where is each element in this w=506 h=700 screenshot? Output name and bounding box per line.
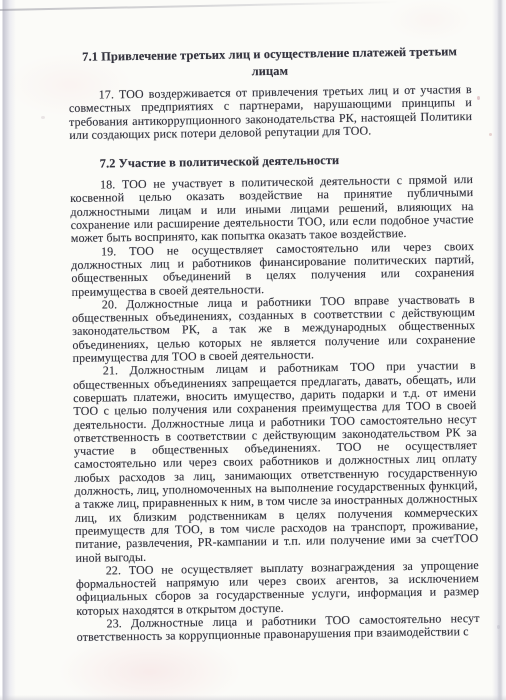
section-heading-7-2: 7.2 Участие в политической деятельности [70, 151, 473, 171]
section-heading-7-1: 7.1 Привлечение третьих лиц и осуществле… [68, 43, 471, 82]
paragraph-20: 20. Должностные лица и работники ТОО впр… [72, 293, 476, 365]
paragraph-21: 21. Должностным лицам и работникам ТОО п… [73, 359, 479, 564]
paragraph-23: 23. Должностные лица и работники ТОО сам… [76, 612, 479, 645]
paragraph-22: 22. ТОО не осуществляет выплату вознагра… [76, 559, 480, 618]
paragraph-17: 17. ТОО воздерживается от привлечения тр… [69, 83, 473, 142]
scan-artifact-speck [497, 625, 500, 629]
scan-artifact-speck [477, 96, 480, 100]
scanned-document-page: 7.1 Привлечение третьих лиц и осуществле… [0, 0, 506, 700]
document-text-block: 7.1 Привлечение третьих лиц и осуществле… [68, 43, 480, 644]
scan-artifact-speck [489, 133, 492, 136]
paragraph-18: 18. ТОО не участвует в политической деят… [70, 173, 474, 245]
paper-top-edge-line [0, 1, 420, 11]
paragraph-19: 19. ТОО не осуществляет самостоятельно и… [71, 240, 475, 299]
paper-bottom-edge-shadow [0, 695, 506, 700]
scan-artifact-speck [41, 116, 45, 119]
